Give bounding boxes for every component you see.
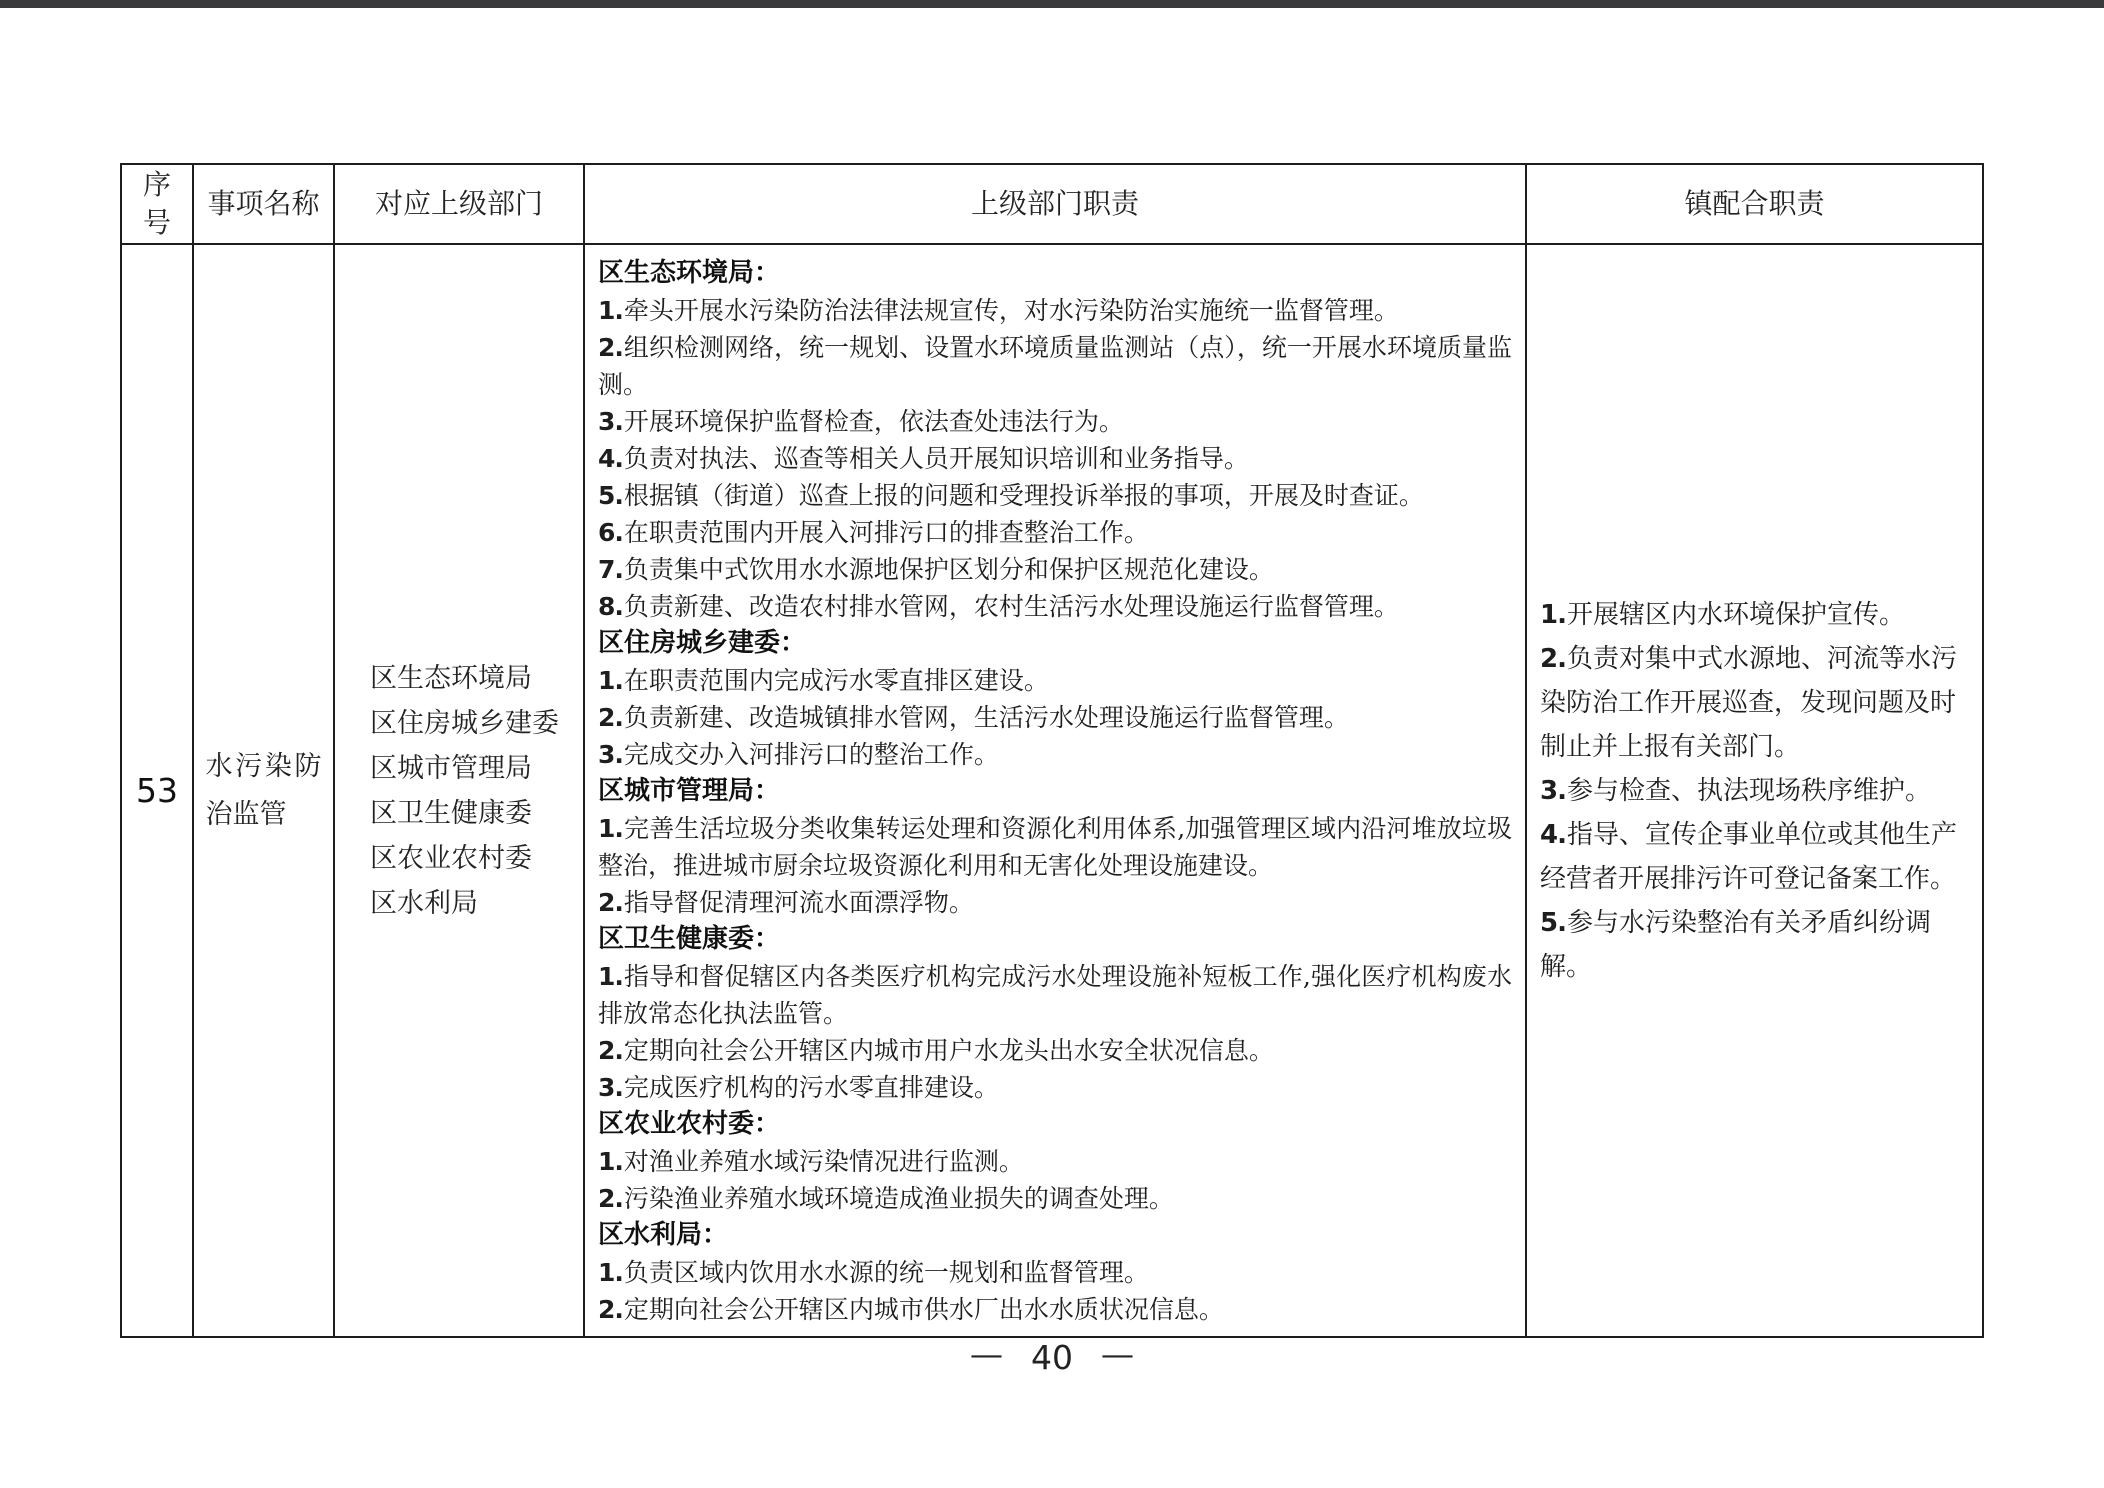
duty-item: 1.指导和督促辖区内各类医疗机构完成污水处理设施补短板工作,强化医疗机构废水排放…: [598, 958, 1512, 1032]
duty-item: 1.完善生活垃圾分类收集转运处理和资源化利用体系,加强管理区域内沿河堆放垃圾整治…: [598, 810, 1512, 884]
page-number: 40: [1031, 1338, 1073, 1377]
duty-item: 2.负责新建、改造城镇排水管网，生活污水处理设施运行监督管理。: [598, 699, 1512, 736]
town-duty-item: 2.负责对集中式水源地、河流等水污染防治工作开展巡查，发现问题及时制止并上报有关…: [1540, 637, 1969, 769]
column-header-seq: 序号: [121, 164, 193, 244]
cell-item-name: 水污染防治监管: [193, 244, 334, 1337]
column-header-departments: 对应上级部门: [334, 164, 584, 244]
cell-departments: 区生态环境局区住房城乡建委区城市管理局区卫生健康委区农业农村委区水利局: [334, 244, 584, 1337]
duty-item-number: 3.: [1540, 776, 1566, 806]
page-footer: —40—: [0, 1338, 2104, 1377]
duty-item: 7.负责集中式饮用水水源地保护区划分和保护区规范化建设。: [598, 551, 1512, 588]
duty-item-number: 1.: [598, 814, 623, 843]
duty-item: 3.完成交办入河排污口的整治工作。: [598, 736, 1512, 773]
duty-item-number: 6.: [598, 518, 623, 547]
duty-item-number: 2.: [598, 1036, 623, 1065]
town-duties: 1.开展辖区内水环境保护宣传。2.负责对集中式水源地、河流等水污染防治工作开展巡…: [1540, 593, 1969, 989]
duty-item: 2.污染渔业养殖水域环境造成渔业损失的调查处理。: [598, 1180, 1512, 1217]
duty-item-number: 1.: [598, 666, 623, 695]
duty-section-heading: 区农业农村委：: [598, 1106, 1512, 1143]
duty-item: 4.负责对执法、巡查等相关人员开展知识培训和业务指导。: [598, 440, 1512, 477]
cell-superior-duties: 区生态环境局：1.牵头开展水污染防治法律法规宣传，对水污染防治实施统一监督管理。…: [584, 244, 1526, 1337]
department-item: 区卫生健康委: [370, 791, 548, 836]
duty-item: 5.根据镇（街道）巡查上报的问题和受理投诉举报的事项，开展及时查证。: [598, 477, 1512, 514]
column-header-town-duties: 镇配合职责: [1526, 164, 1983, 244]
duty-section-heading: 区卫生健康委：: [598, 921, 1512, 958]
duty-item: 1.牵头开展水污染防治法律法规宣传，对水污染防治实施统一监督管理。: [598, 292, 1512, 329]
duty-item-number: 1.: [1540, 600, 1566, 630]
seq-number: 53: [136, 771, 178, 810]
table-header-row: 序号 事项名称 对应上级部门 上级部门职责 镇配合职责: [121, 164, 1983, 244]
duty-item-number: 2.: [598, 1295, 623, 1324]
duty-item: 1.对渔业养殖水域污染情况进行监测。: [598, 1143, 1512, 1180]
department-item: 区农业农村委: [370, 836, 548, 881]
column-header-seq-label: 序号: [142, 166, 173, 242]
duty-item-number: 7.: [598, 555, 623, 584]
column-header-superior-duties: 上级部门职责: [584, 164, 1526, 244]
town-duty-item: 3.参与检查、执法现场秩序维护。: [1540, 769, 1969, 813]
town-duty-item: 1.开展辖区内水环境保护宣传。: [1540, 593, 1969, 637]
duty-item: 6.在职责范围内开展入河排污口的排查整治工作。: [598, 514, 1512, 551]
document-page: { "table": { "headers": ["序号", "事项名称", "…: [0, 0, 2104, 1488]
department-item: 区住房城乡建委: [370, 701, 548, 746]
footer-dash-right: —: [1101, 1334, 1134, 1373]
footer-dash-left: —: [970, 1334, 1003, 1373]
duty-item: 2.指导督促清理河流水面漂浮物。: [598, 884, 1512, 921]
duty-item-number: 4.: [598, 444, 623, 473]
duty-item: 2.定期向社会公开辖区内城市用户水龙头出水安全状况信息。: [598, 1032, 1512, 1069]
duties-table: 序号 事项名称 对应上级部门 上级部门职责 镇配合职责 53 水污染防治监管 区…: [120, 163, 1984, 1338]
departments-list: 区生态环境局区住房城乡建委区城市管理局区卫生健康委区农业农村委区水利局: [370, 656, 548, 926]
duty-item: 2.组织检测网络，统一规划、设置水环境质量监测站（点），统一开展水环境质量监测。: [598, 329, 1512, 403]
duty-section-heading: 区水利局：: [598, 1217, 1512, 1254]
department-item: 区生态环境局: [370, 656, 548, 701]
cell-seq-number: 53: [121, 244, 193, 1337]
department-item: 区水利局: [370, 881, 548, 926]
duty-item-number: 5.: [598, 481, 623, 510]
duty-section-heading: 区生态环境局：: [598, 255, 1512, 292]
duty-item-number: 2.: [1540, 644, 1566, 674]
duty-item-number: 5.: [1540, 908, 1566, 938]
duty-item: 3.开展环境保护监督检查，依法查处违法行为。: [598, 403, 1512, 440]
duty-item-number: 1.: [598, 1258, 623, 1287]
duty-item-number: 2.: [598, 1184, 623, 1213]
duty-section-heading: 区住房城乡建委：: [598, 625, 1512, 662]
duty-item-number: 3.: [598, 407, 623, 436]
department-item: 区城市管理局: [370, 746, 548, 791]
duty-item-number: 3.: [598, 1073, 623, 1102]
town-duty-item: 5.参与水污染整治有关矛盾纠纷调解。: [1540, 901, 1969, 989]
column-header-item-name: 事项名称: [193, 164, 334, 244]
duty-item-number: 8.: [598, 592, 623, 621]
duty-item-number: 1.: [598, 962, 623, 991]
town-duty-item: 4.指导、宣传企事业单位或其他生产经营者开展排污许可登记备案工作。: [1540, 813, 1969, 901]
duty-item-number: 2.: [598, 703, 623, 732]
table-row: 53 水污染防治监管 区生态环境局区住房城乡建委区城市管理局区卫生健康委区农业农…: [121, 244, 1983, 1337]
duty-item-number: 3.: [598, 740, 623, 769]
duty-item-number: 4.: [1540, 820, 1566, 850]
duty-section-heading: 区城市管理局：: [598, 773, 1512, 810]
duty-item-number: 1.: [598, 1147, 623, 1176]
duty-item-number: 1.: [598, 296, 623, 325]
duty-item: 3.完成医疗机构的污水零直排建设。: [598, 1069, 1512, 1106]
duty-item-number: 2.: [598, 333, 623, 362]
duty-item-number: 2.: [598, 888, 623, 917]
duty-item: 2.定期向社会公开辖区内城市供水厂出水水质状况信息。: [598, 1291, 1512, 1328]
item-name: 水污染防治监管: [206, 743, 322, 839]
duty-item: 1.负责区域内饮用水水源的统一规划和监督管理。: [598, 1254, 1512, 1291]
superior-duties: 区生态环境局：1.牵头开展水污染防治法律法规宣传，对水污染防治实施统一监督管理。…: [598, 255, 1512, 1328]
duty-item: 1.在职责范围内完成污水零直排区建设。: [598, 662, 1512, 699]
cell-town-duties: 1.开展辖区内水环境保护宣传。2.负责对集中式水源地、河流等水污染防治工作开展巡…: [1526, 244, 1983, 1337]
duty-item: 8.负责新建、改造农村排水管网，农村生活污水处理设施运行监督管理。: [598, 588, 1512, 625]
top-edge-bar: [0, 0, 2104, 8]
